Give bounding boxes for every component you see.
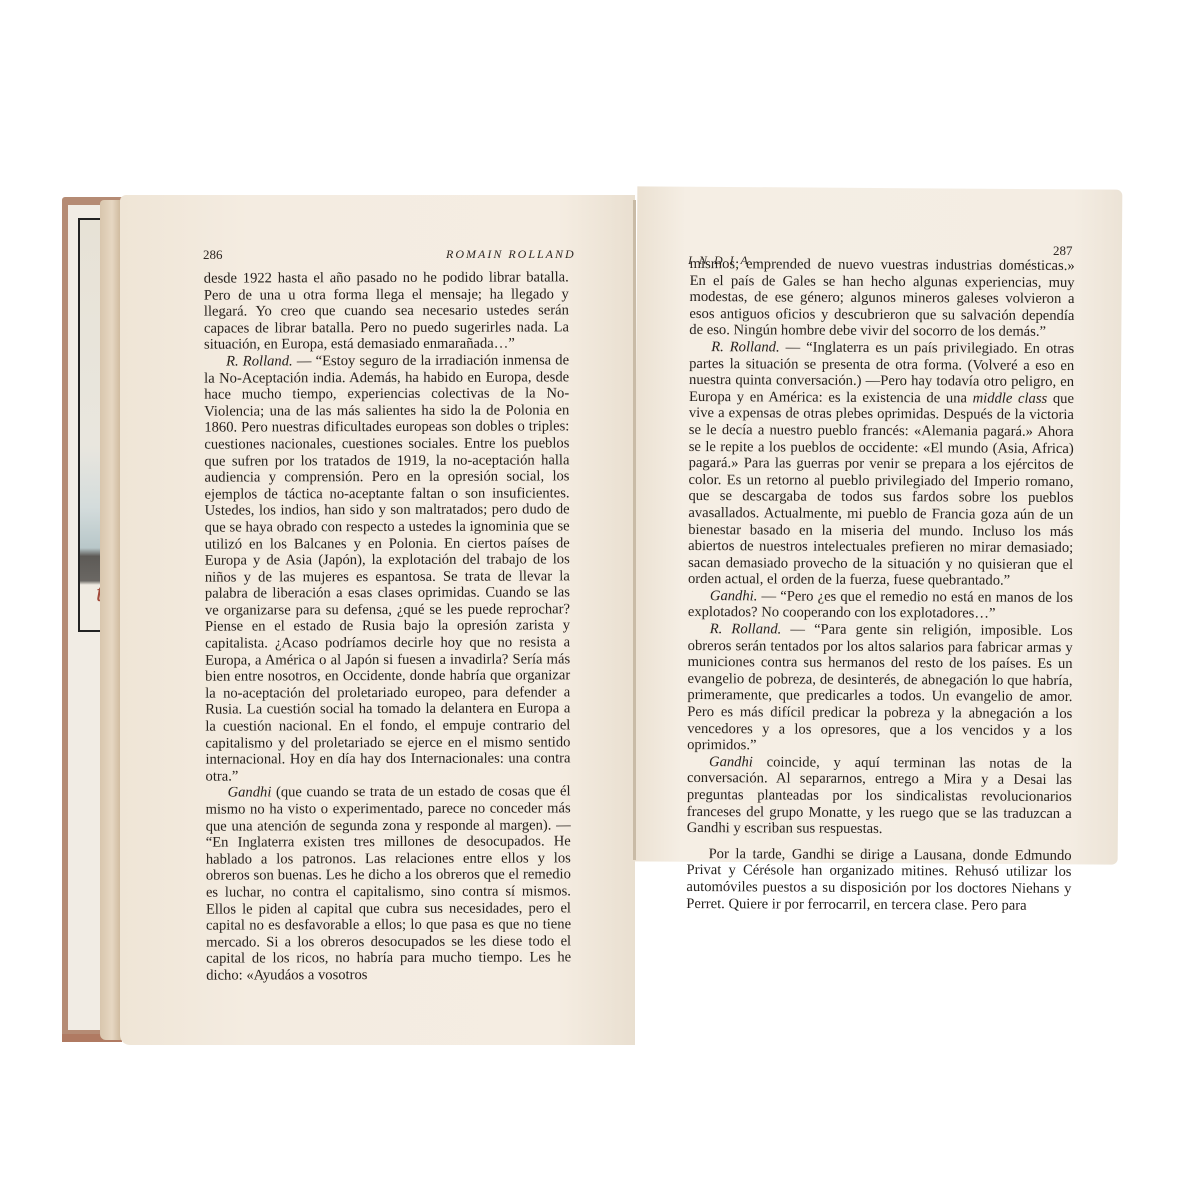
paragraph-text: — “Para gente sin religión, imposible. L… (687, 622, 1073, 754)
speaker-name: R. Rolland. (711, 339, 779, 355)
paragraph: R. Rolland. — “Estoy seguro de la irradi… (204, 352, 571, 785)
right-page-body: mismos; emprended de nuevo vuestras indu… (686, 256, 1074, 914)
left-page-number: 286 (203, 247, 223, 263)
italic-phrase: middle class (973, 390, 1048, 406)
speaker-name: R. Rolland. (710, 621, 782, 637)
paragraph: R. Rolland. — “Inglaterra es un país pri… (688, 339, 1074, 590)
left-running-head: ROMAIN ROLLAND (446, 247, 576, 262)
paragraph: Gandhi (que cuando se trata de un estado… (206, 784, 572, 984)
speaker-name: Gandhi (709, 754, 753, 770)
speaker-name: Gandhi (228, 785, 272, 801)
paragraph-text: mismos; emprended de nuevo vuestras indu… (689, 256, 1074, 340)
paragraph-text: desde 1922 hasta el año pasado no he pod… (204, 269, 569, 353)
paragraph: R. Rolland. — “Para gente sin religión, … (687, 621, 1073, 756)
right-page-number: 287 (1053, 243, 1073, 259)
book-gutter (633, 200, 636, 860)
paragraph: Gandhi coincide, y aquí terminan las not… (687, 754, 1072, 839)
paragraph-text: Por la tarde, Gandhi se dirige a Lausana… (686, 846, 1071, 913)
speaker-name: Gandhi. (710, 588, 758, 604)
paragraph: Por la tarde, Gandhi se dirige a Lausana… (686, 846, 1071, 914)
paragraph: mismos; emprended de nuevo vuestras indu… (689, 256, 1074, 341)
paragraph-text: (que cuando se trata de un estado de cos… (206, 784, 572, 984)
paragraph: desde 1922 hasta el año pasado no he pod… (204, 269, 569, 353)
paragraph-text: que vive a expensas de otras plebes opri… (688, 391, 1074, 589)
speaker-name: R. Rolland. (226, 353, 293, 369)
paragraph: Gandhi. — “Pero ¿es que el remedio no es… (688, 588, 1073, 623)
paragraph-text: — “Estoy seguro de la irradiación inmens… (204, 352, 570, 784)
left-page-body: desde 1922 hasta el año pasado no he pod… (204, 269, 571, 984)
